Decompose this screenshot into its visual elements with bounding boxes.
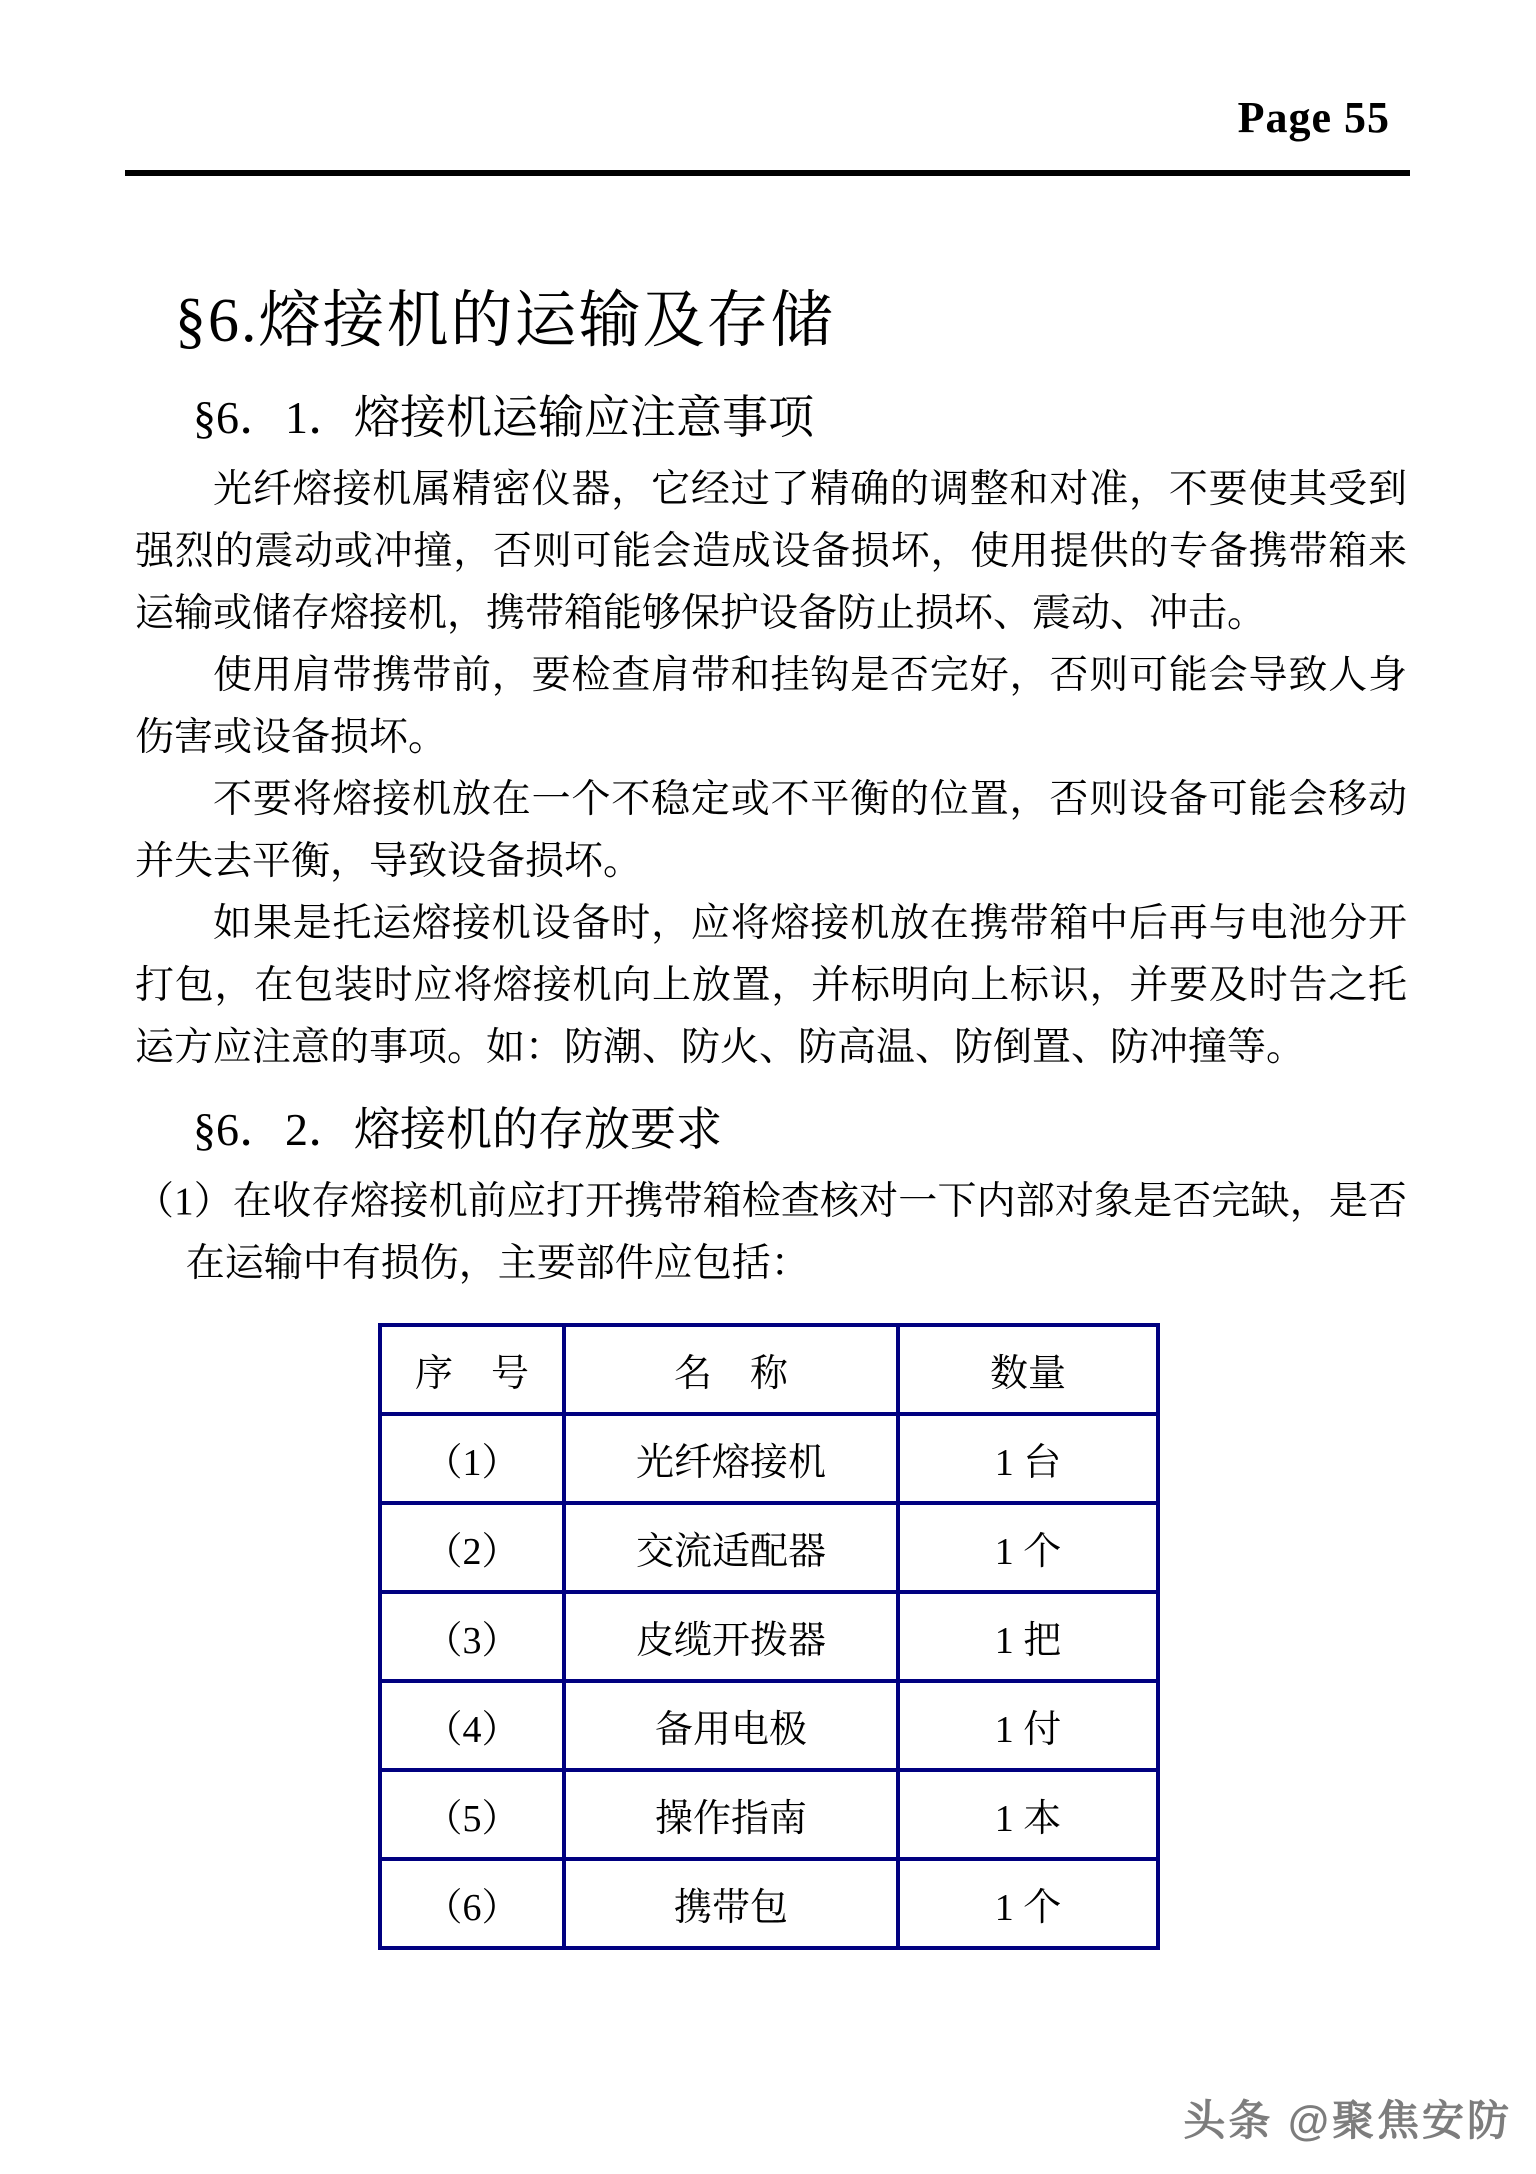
table-cell: 1 个: [898, 1859, 1158, 1948]
table-cell: （6）: [380, 1859, 564, 1948]
watermark-text: 头条 @聚焦安防: [1183, 2088, 1512, 2148]
table-cell: （5）: [380, 1770, 564, 1859]
page-number: Page 55: [1238, 92, 1390, 143]
table-row: （2）交流适配器1 个: [380, 1503, 1158, 1592]
table-cell: 光纤熔接机: [564, 1414, 898, 1503]
paragraph-shipping-packing: 如果是托运熔接机设备时，应将熔接机放在携带箱中后再与电池分开打包，在包装时应将熔…: [135, 893, 1407, 1079]
page-content: §6.熔接机的运输及存储 §6．1．熔接机运输应注意事项 光纤熔接机属精密仪器，…: [135, 270, 1407, 1950]
table-row: （1）光纤熔接机1 台: [380, 1414, 1158, 1503]
header-divider-line: [125, 170, 1410, 176]
table-cell: 1 台: [898, 1414, 1158, 1503]
table-cell: 1 个: [898, 1503, 1158, 1592]
table-row: （3）皮缆开拨器1 把: [380, 1592, 1158, 1681]
paragraph-stable-position: 不要将熔接机放在一个不稳定或不平衡的位置，否则设备可能会移动并失去平衡，导致设备…: [135, 769, 1407, 893]
table-cell: （2）: [380, 1503, 564, 1592]
list-item-1: （1）在收存熔接机前应打开携带箱检查核对一下内部对象是否完缺，是否在运输中有损伤…: [135, 1171, 1407, 1295]
table-cell: 1 把: [898, 1592, 1158, 1681]
table-cell: 1 本: [898, 1770, 1158, 1859]
table-cell: 备用电极: [564, 1681, 898, 1770]
table-row: （6）携带包1 个: [380, 1859, 1158, 1948]
table-row: （5）操作指南1 本: [380, 1770, 1158, 1859]
table-header-cell: 数量: [898, 1325, 1158, 1414]
table-cell: 操作指南: [564, 1770, 898, 1859]
table-header-row: 序 号名 称数量: [380, 1325, 1158, 1414]
table-row: （4）备用电极1 付: [380, 1681, 1158, 1770]
section-6-1-title: §6．1．熔接机运输应注意事项: [193, 381, 1407, 447]
document-page: Page 55 §6.熔接机的运输及存储 §6．1．熔接机运输应注意事项 光纤熔…: [0, 0, 1536, 2174]
chapter-title: §6.熔接机的运输及存储: [175, 270, 1407, 359]
table-cell: 1 付: [898, 1681, 1158, 1770]
section-6-2-title: §6．2．熔接机的存放要求: [193, 1093, 1407, 1159]
parts-checklist-table: 序 号名 称数量 （1）光纤熔接机1 台（2）交流适配器1 个（3）皮缆开拨器1…: [378, 1323, 1160, 1950]
table-cell: （3）: [380, 1592, 564, 1681]
table-cell: （4）: [380, 1681, 564, 1770]
table-header-cell: 序 号: [380, 1325, 564, 1414]
paragraph-transport-precision: 光纤熔接机属精密仪器，它经过了精确的调整和对准，不要使其受到强烈的震动或冲撞，否…: [135, 459, 1407, 645]
table-body: （1）光纤熔接机1 台（2）交流适配器1 个（3）皮缆开拨器1 把（4）备用电极…: [380, 1414, 1158, 1948]
table-cell: 携带包: [564, 1859, 898, 1948]
table-cell: 交流适配器: [564, 1503, 898, 1592]
table-cell: （1）: [380, 1414, 564, 1503]
table-cell: 皮缆开拨器: [564, 1592, 898, 1681]
table-header-cell: 名 称: [564, 1325, 898, 1414]
paragraph-shoulder-strap: 使用肩带携带前，要检查肩带和挂钩是否完好，否则可能会导致人身伤害或设备损坏。: [135, 645, 1407, 769]
